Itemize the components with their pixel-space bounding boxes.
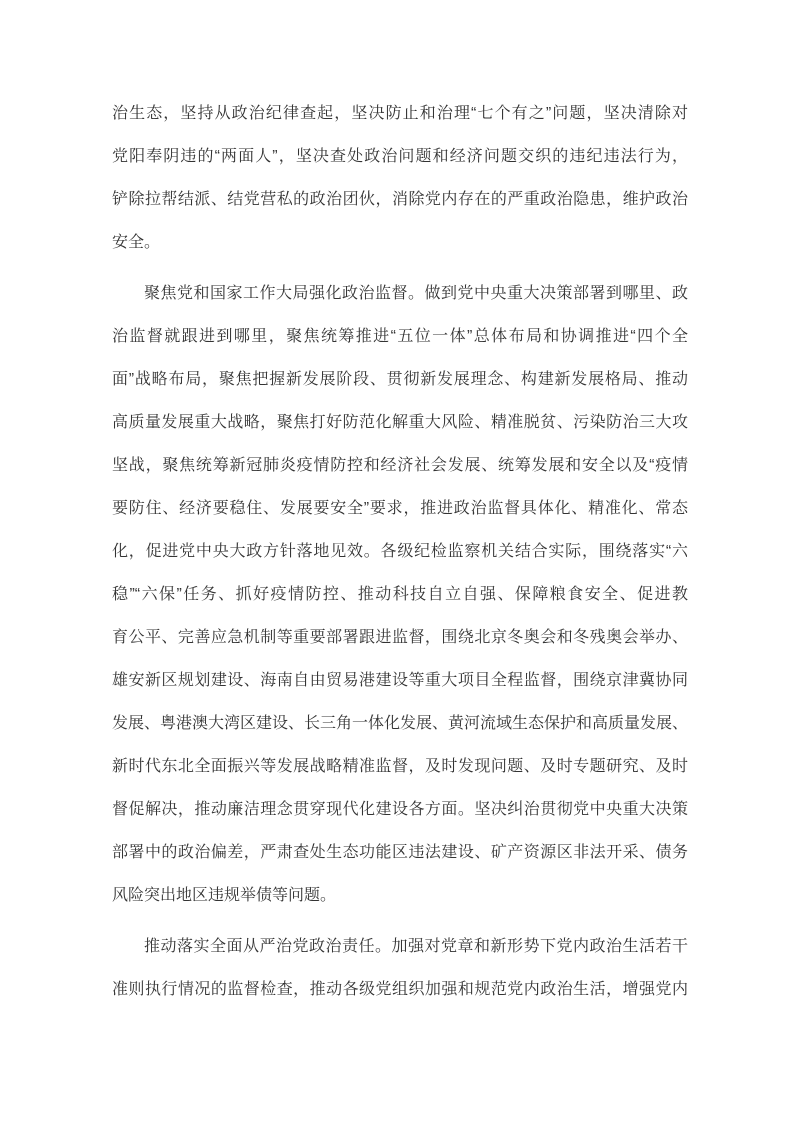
paragraph: 推动落实全面从严治党政治责任。加强对党章和新形势下党内政治生活若干准则执行情况的… bbox=[112, 925, 688, 1011]
text-line: 聚焦党和国家工作大局强化政治监督。做到党中央重大决策部署到哪里、政 bbox=[112, 272, 688, 315]
text-line: 党阳奉阴违的“两面人”，坚决查处政治问题和经济问题交织的违纪违法行为， bbox=[112, 135, 688, 178]
text-line: 督促解决，推动廉洁理念贯穿现代化建设各方面。坚决纠治贯彻党中央重大决策 bbox=[112, 788, 688, 831]
text-line: 稳”“六保”任务、抓好疫情防控、推动科技自立自强、保障粮食安全、促进教 bbox=[112, 573, 688, 616]
text-line: 准则执行情况的监督检查，推动各级党组织加强和规范党内政治生活，增强党内 bbox=[112, 968, 688, 1011]
text-line: 化，促进党中央大政方针落地见效。各级纪检监察机关结合实际，围绕落实“六 bbox=[112, 530, 688, 573]
text-line: 治监督就跟进到哪里，聚焦统筹推进“五位一体”总体布局和协调推进“四个全 bbox=[112, 315, 688, 358]
text-line: 发展、粤港澳大湾区建设、长三角一体化发展、黄河流域生态保护和高质量发展、 bbox=[112, 702, 688, 745]
text-line: 风险突出地区违规举债等问题。 bbox=[112, 874, 688, 917]
text-line: 雄安新区规划建设、海南自由贸易港建设等重大项目全程监督，围绕京津冀协同 bbox=[112, 659, 688, 702]
document-body: 治生态，坚持从政治纪律查起，坚决防止和治理“七个有之”问题，坚决清除对党阳奉阴违… bbox=[0, 0, 800, 1011]
text-line: 部署中的政治偏差，严肃查处生态功能区违法建设、矿产资源区非法开采、债务 bbox=[112, 831, 688, 874]
text-line: 安全。 bbox=[112, 221, 688, 264]
text-line: 育公平、完善应急机制等重要部署跟进监督，围绕北京冬奥会和冬残奥会举办、 bbox=[112, 616, 688, 659]
document-page: 治生态，坚持从政治纪律查起，坚决防止和治理“七个有之”问题，坚决清除对党阳奉阴违… bbox=[0, 0, 800, 1131]
paragraph: 治生态，坚持从政治纪律查起，坚决防止和治理“七个有之”问题，坚决清除对党阳奉阴违… bbox=[112, 92, 688, 264]
text-line: 新时代东北全面振兴等发展战略精准监督，及时发现问题、及时专题研究、及时 bbox=[112, 745, 688, 788]
text-line: 坚战，聚焦统筹新冠肺炎疫情防控和经济社会发展、统筹发展和安全以及“疫情 bbox=[112, 444, 688, 487]
text-line: 推动落实全面从严治党政治责任。加强对党章和新形势下党内政治生活若干 bbox=[112, 925, 688, 968]
text-line: 铲除拉帮结派、结党营私的政治团伙，消除党内存在的严重政治隐患，维护政治 bbox=[112, 178, 688, 221]
text-line: 面”战略布局，聚焦把握新发展阶段、贯彻新发展理念、构建新发展格局、推动 bbox=[112, 358, 688, 401]
text-line: 要防住、经济要稳住、发展要安全”要求，推进政治监督具体化、精准化、常态 bbox=[112, 487, 688, 530]
text-line: 高质量发展重大战略，聚焦打好防范化解重大风险、精准脱贫、污染防治三大攻 bbox=[112, 401, 688, 444]
text-line: 治生态，坚持从政治纪律查起，坚决防止和治理“七个有之”问题，坚决清除对 bbox=[112, 92, 688, 135]
paragraph: 聚焦党和国家工作大局强化政治监督。做到党中央重大决策部署到哪里、政治监督就跟进到… bbox=[112, 272, 688, 917]
